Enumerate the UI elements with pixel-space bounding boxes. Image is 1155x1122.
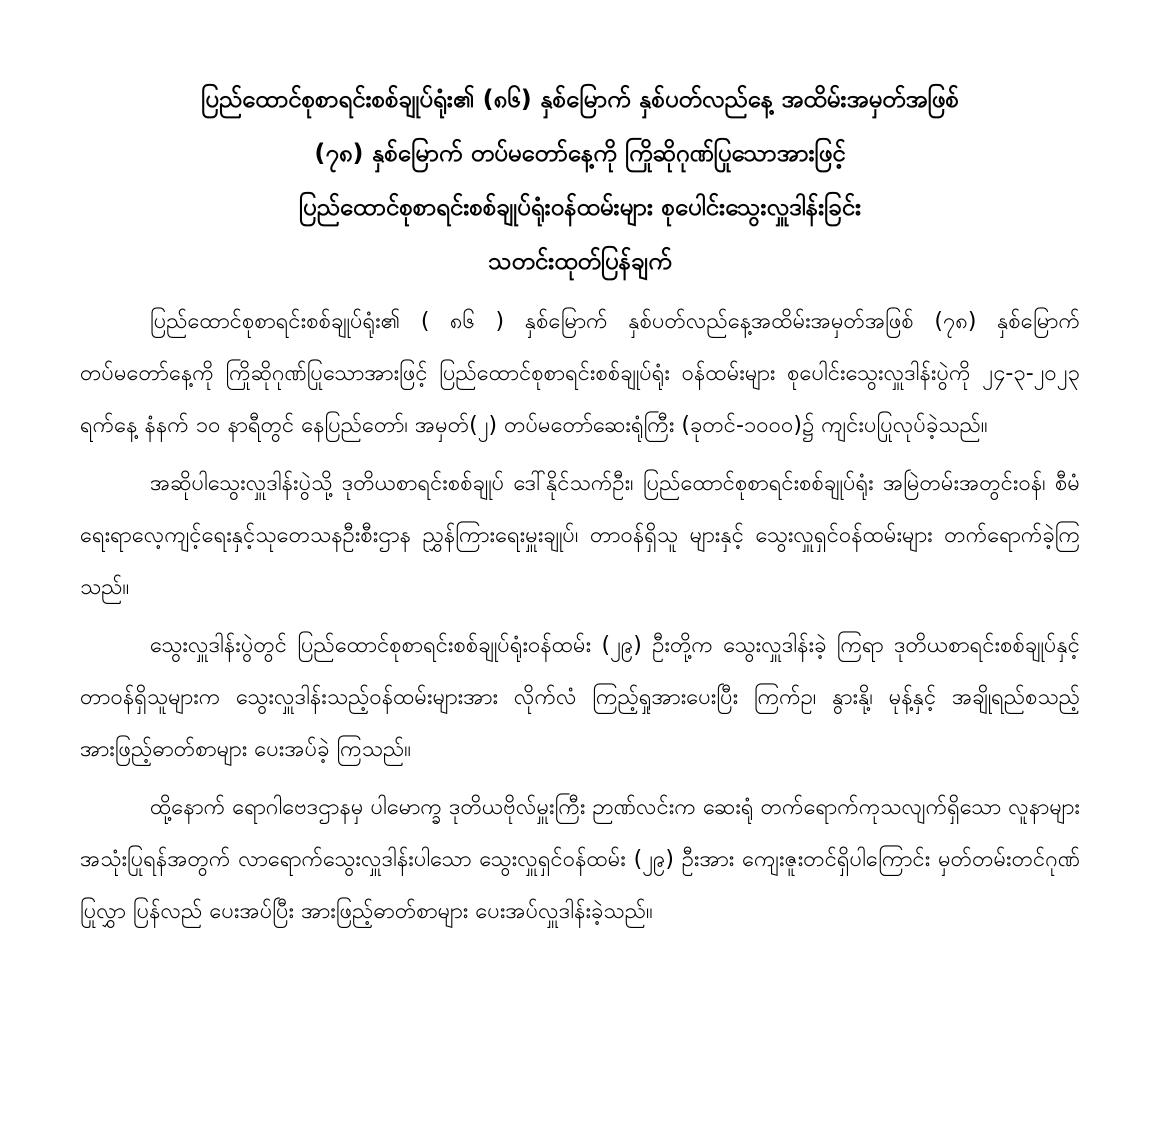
paragraph-attendees: အဆိုပါသွေးလှူဒါန်းပွဲသို့ ဒုတိယစာရင်းစစ်… (80, 458, 1080, 614)
title-line-3: ပြည်ထောင်စုစာရင်းစစ်ချုပ်ရုံးဝန်ထမ်းများ… (80, 180, 1080, 234)
document-title: ပြည်ထောင်စုစာရင်းစစ်ချုပ်ရုံး၏ (၈၆) နှစ်… (80, 72, 1080, 288)
paragraph-event-details: ပြည်ထောင်စုစာရင်းစစ်ချုပ်ရုံး၏ ( ၈၆ ) နှ… (80, 296, 1080, 452)
paragraph-donation: သွေးလှူဒါန်းပွဲတွင် ပြည်ထောင်စုစာရင်းစစ်… (80, 620, 1080, 776)
paragraph-certificate: ထို့နောက် ရောဂါဗေဒဌာနမှ ပါမောက္ခ ဒုတိယဗိ… (80, 782, 1080, 938)
title-line-1: ပြည်ထောင်စုစာရင်းစစ်ချုပ်ရုံး၏ (၈၆) နှစ်… (80, 72, 1080, 126)
press-release-page: ပြည်ထောင်စုစာရင်းစစ်ချုပ်ရုံး၏ (၈၆) နှစ်… (80, 72, 1080, 944)
title-line-4: သတင်းထုတ်ပြန်ချက် (80, 234, 1080, 288)
title-line-2: (၇၈) နှစ်မြောက် တပ်မတော်နေ့ကို ကြိုဆိုဂု… (80, 126, 1080, 180)
